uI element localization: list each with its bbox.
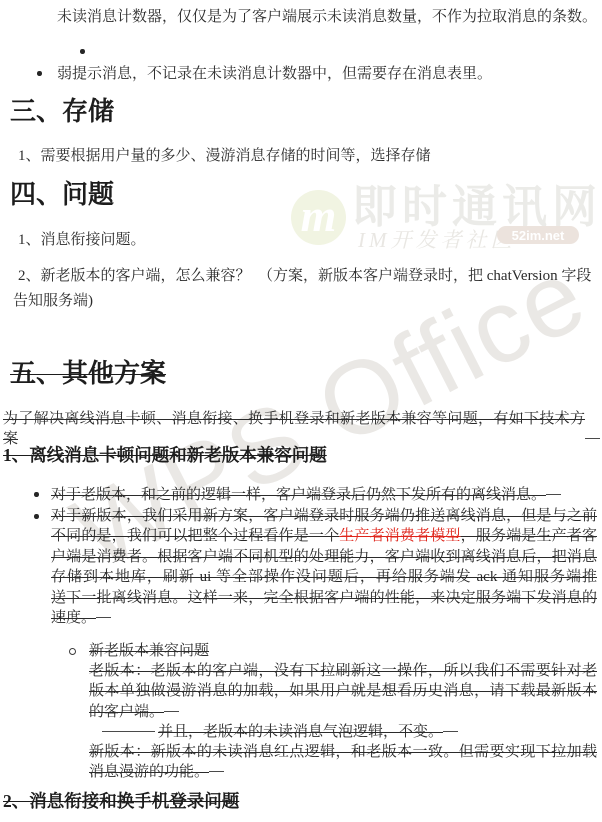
bullet-dot [37, 71, 42, 76]
other-plans-intro: 为了解决离线消息卡顿、消息衔接、换手机登录和新老版本兼容等问题，有如下技术方案 [3, 409, 600, 449]
problem-item-2-line-2: 告知服务端) [13, 291, 93, 311]
52im-subtitle-watermark: IM开发者社区 [358, 224, 516, 254]
strike-tail [443, 725, 458, 737]
compat-new-line-2: 消息漫游的功能。 [89, 764, 209, 780]
strikethrough-lead-line [102, 725, 155, 737]
strike-tail [585, 432, 600, 444]
sub-bullet-compat: 新老版本兼容问题 老版本：老版本的客户端，没有下拉刷新这一操作，所以我们不需要针… [89, 641, 597, 782]
strike-tail [164, 705, 179, 717]
52im-domain-badge: 52im.net [497, 226, 579, 244]
52im-domain-text: 52im.net [512, 228, 565, 243]
strike-tail [96, 611, 111, 623]
heading-other-plans: 五、其他方案 [10, 358, 166, 390]
problem-item-1: 1、消息衔接问题。 [18, 230, 146, 250]
compat-moreover-line: 并且，老版本的未读消息气泡逻辑，不变。 [158, 724, 443, 740]
52im-logo-letter: m [301, 193, 337, 239]
bullet-new-version: 对于新版本，我们采用新方案，客户端登录时服务端仍推送离线消息，但是与之前 不同的… [51, 506, 597, 628]
new-version-line-6: 速度。 [51, 610, 96, 626]
compat-new-line-1: 新版本：新版本的未读消息红点逻辑，和老版本一致。但需要实现下拉加载 [89, 742, 597, 762]
bullet-old-version: 对于老版本，和之前的逻辑一样，客户端登录后仍然下发所有的离线消息。 [51, 485, 561, 505]
heading-storage: 三、存储 [10, 96, 114, 128]
new-version-line-4: 存储到本地库，刷新 ui 等全部操作没问题后，再给服务端发 ack 通知服务端推 [51, 567, 597, 587]
red-producer-consumer-text: 生产者消费者模型 [339, 528, 460, 544]
bullet-weak-message: 弱提示消息，不记录在未读消息计数器中，但需要存在消息表里。 [57, 64, 492, 84]
compat-old-line-2: 版本单独做漫游消息的加载，如果用户就是想看历史消息，请下载最新版本 [89, 681, 597, 701]
new-version-line-1: 对于新版本，我们采用新方案，客户端登录时服务端仍推送离线消息，但是与之前 [51, 506, 597, 526]
compat-old-line-1: 老版本：老版本的客户端，没有下拉刷新这一操作，所以我们不需要针对老 [89, 661, 597, 681]
strike-tail [209, 765, 224, 777]
strike-tail [546, 488, 561, 500]
paragraph-unread-counter: 未读消息计数器，仅仅是为了客户端展示未读消息数量，不作为拉取消息的条数。 [57, 7, 597, 27]
52im-logo-icon: m [291, 190, 346, 245]
new-version-line-5: 送下一批离线消息。这样一来，完全根据客户端的性能，来决定服务端下发消息的 [51, 588, 597, 608]
heading-problem: 四、问题 [10, 179, 114, 211]
problem-item-2-line-1: 2、新老版本的客户端，怎么兼容？ （方案，新版本客户端登录时，把 chatVer… [18, 266, 591, 286]
compat-title: 新老版本兼容问题 [89, 643, 209, 659]
circle-bullet [69, 648, 76, 655]
storage-item-1: 1、需要根据用户量的多少、漫游消息存储的时间等，选择存储 [18, 146, 431, 166]
subheading-offline-lag: 1、离线消息卡顿问题和新老版本兼容问题 [3, 444, 327, 466]
bullet-dot [80, 49, 85, 54]
new-version-line-3: 户端是消费者。根据客户端不同机型的处理能力，客户端收到离线消息后，把消息 [51, 547, 597, 567]
bullet-dot [34, 492, 39, 497]
new-version-line-2: 不同的是，我们可以把整个过程看作是一个生产者消费者模型，服务端是生产者客 [51, 526, 597, 546]
bullet-dot [34, 514, 39, 519]
subheading-message-handoff: 2、消息衔接和换手机登录问题 [3, 790, 239, 812]
52im-brand-watermark: 即时通讯网 [352, 170, 602, 235]
compat-old-line-3: 的客户端。 [89, 704, 164, 720]
